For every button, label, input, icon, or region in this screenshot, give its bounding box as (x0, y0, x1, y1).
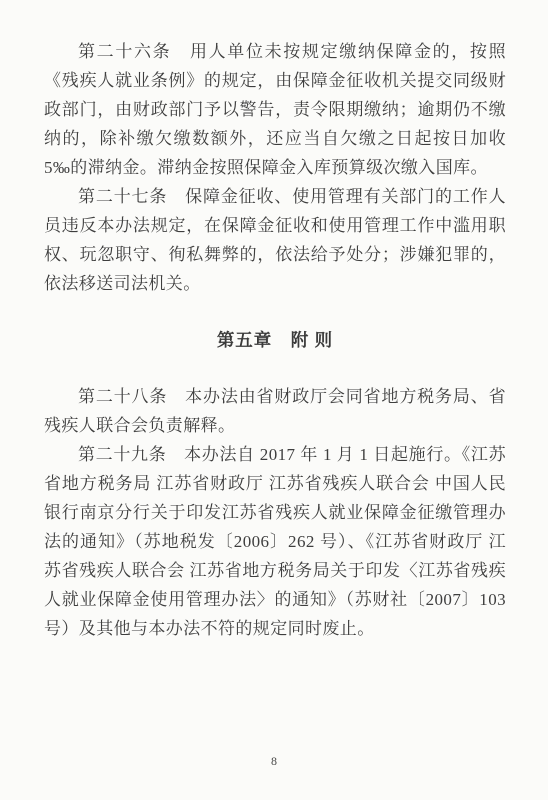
article-28-paragraph: 第二十八条 本办法由省财政厅会同省地方税务局、省残疾人联合会负责解释。 (44, 382, 506, 440)
article-26-paragraph: 第二十六条 用人单位未按规定缴纳保障金的，按照《残疾人就业条例》的规定，由保障金… (44, 37, 506, 182)
document-page: 第二十六条 用人单位未按规定缴纳保障金的，按照《残疾人就业条例》的规定，由保障金… (0, 0, 548, 800)
article-27-paragraph: 第二十七条 保障金征收、使用管理有关部门的工作人员违反本办法规定，在保障金征收和… (44, 182, 506, 298)
chapter-heading: 第五章 附 则 (44, 326, 506, 355)
document-body: 第二十六条 用人单位未按规定缴纳保障金的，按照《残疾人就业条例》的规定，由保障金… (44, 37, 506, 643)
article-29-paragraph: 第二十九条 本办法自 2017 年 1 月 1 日起施行。《江苏省地方税务局 江… (44, 440, 506, 643)
page-number: 8 (0, 754, 548, 769)
